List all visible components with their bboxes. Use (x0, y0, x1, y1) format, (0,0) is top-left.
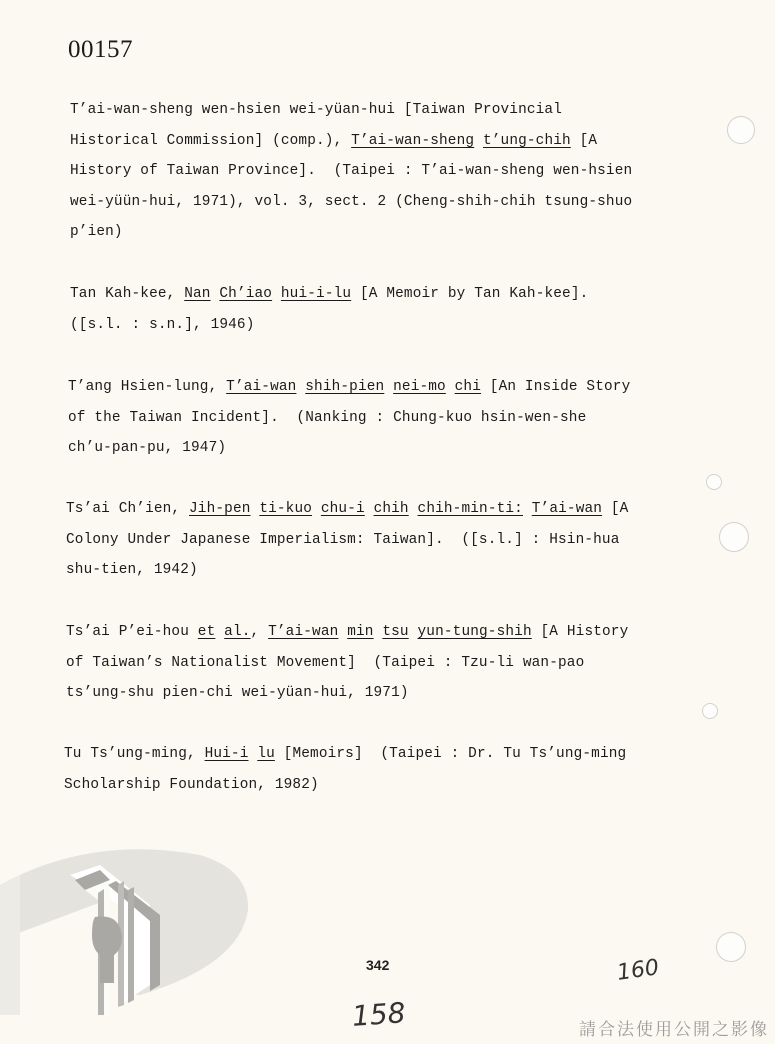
entry-text (474, 133, 483, 149)
underlined-title-word: Hui-i (205, 746, 249, 762)
bibliography-entry: Ts’ai Ch’ien, Jih-pen ti-kuo chu-i chih … (0, 494, 660, 586)
underlined-title-word: chih-min-ti: (418, 501, 523, 517)
binder-hole (727, 116, 755, 144)
entry-line: ts’ung-shu pien-chi wei-yüan-hui, 1971) (0, 678, 660, 709)
entry-text (272, 286, 281, 302)
bibliography-entry: Tu Ts’ung-ming, Hui-i lu [Memoirs] (Taip… (0, 739, 660, 800)
underlined-title-word: nei-mo (393, 379, 446, 395)
entry-text: [A History (532, 624, 629, 640)
entry-text: [An Inside Story (481, 379, 630, 395)
entry-text (523, 501, 532, 517)
underlined-title-word: tsu (382, 624, 408, 640)
entry-text: ([s.l. : s.n.], 1946) (70, 317, 255, 333)
entry-text: Tan Kah-kee, (70, 286, 184, 302)
entry-text: ts’ung-shu pien-chi wei-yüan-hui, 1971) (66, 685, 409, 701)
entry-line: Tu Ts’ung-ming, Hui-i lu [Memoirs] (Taip… (0, 739, 660, 770)
handwritten-note: 160 (615, 955, 660, 986)
entry-text: History of Taiwan Province]. (Taipei : T… (70, 163, 632, 179)
binder-hole (716, 932, 746, 962)
entry-line: shu-tien, 1942) (0, 555, 660, 586)
entry-text: , (251, 624, 269, 640)
entry-line: of Taiwan’s Nationalist Movement] (Taipe… (0, 648, 660, 679)
underlined-title-word: ti-kuo (259, 501, 312, 517)
archive-logo-icon (0, 845, 250, 1015)
entry-text: of Taiwan’s Nationalist Movement] (Taipe… (66, 655, 584, 671)
entry-text (251, 501, 260, 517)
binder-hole (702, 703, 718, 719)
entry-text: Ts’ai Ch’ien, (66, 501, 189, 517)
entry-line: Ts’ai Ch’ien, Jih-pen ti-kuo chu-i chih … (0, 494, 660, 525)
entry-text (215, 624, 224, 640)
entry-text: p’ien) (70, 224, 123, 240)
bibliography-entry: T’ang Hsien-lung, T’ai-wan shih-pien nei… (0, 372, 660, 464)
binder-hole (719, 522, 749, 552)
entry-line: ch’u-pan-pu, 1947) (0, 433, 660, 464)
entry-line: of the Taiwan Incident]. (Nanking : Chun… (0, 403, 660, 434)
underlined-title-word: Nan (184, 286, 210, 302)
underlined-title-word: chih (374, 501, 409, 517)
underlined-title-word: T’ai-wan (532, 501, 602, 517)
binder-hole (706, 474, 722, 490)
entry-text: ch’u-pan-pu, 1947) (68, 440, 226, 456)
entry-text: wei-yüün-hui, 1971), vol. 3, sect. 2 (Ch… (70, 194, 632, 210)
watermark: 請合法使用公開之影像 (579, 1015, 769, 1040)
entry-line: Tan Kah-kee, Nan Ch’iao hui-i-lu [A Memo… (0, 279, 660, 310)
entry-text: Tu Ts’ung-ming, (64, 746, 205, 762)
entry-text (365, 501, 374, 517)
underlined-title-word: al. (224, 624, 250, 640)
entry-text: [A Memoir by Tan Kah-kee]. (351, 286, 588, 302)
bibliography-entry: Tan Kah-kee, Nan Ch’iao hui-i-lu [A Memo… (0, 279, 660, 340)
entry-text: Scholarship Foundation, 1982) (64, 777, 319, 793)
entry-line: Scholarship Foundation, 1982) (0, 770, 660, 801)
entry-text (446, 379, 455, 395)
entry-text (296, 379, 305, 395)
underlined-title-word: shih-pien (305, 379, 384, 395)
underlined-title-word: Jih-pen (189, 501, 251, 517)
document-page: 00157 T’ai-wan-sheng wen-hsien wei-yüan-… (0, 0, 775, 1044)
underlined-title-word: Ch’iao (219, 286, 272, 302)
underlined-title-word: chu-i (321, 501, 365, 517)
entry-text (338, 624, 347, 640)
handwritten-note: 158 (351, 996, 407, 1033)
underlined-title-word: lu (257, 746, 275, 762)
underlined-title-word: chi (455, 379, 481, 395)
underlined-title-word: yun-tung-shih (418, 624, 532, 640)
underlined-title-word: T’ai-wan-sheng (351, 133, 474, 149)
underlined-title-word: T’ai-wan (226, 379, 296, 395)
entry-text: Ts’ai P’ei-hou (66, 624, 198, 640)
entry-line: T’ai-wan-sheng wen-hsien wei-yüan-hui [T… (0, 95, 660, 126)
bibliography-entry: Ts’ai P’ei-hou et al., T’ai-wan min tsu … (0, 617, 660, 709)
bibliography-entry: T’ai-wan-sheng wen-hsien wei-yüan-hui [T… (0, 95, 660, 248)
entry-text: [A (571, 133, 597, 149)
entry-text: Colony Under Japanese Imperialism: Taiwa… (66, 532, 620, 548)
entry-text (249, 746, 258, 762)
entry-text: [A (602, 501, 628, 517)
entry-text: of the Taiwan Incident]. (Nanking : Chun… (68, 410, 586, 426)
entry-line: Ts’ai P’ei-hou et al., T’ai-wan min tsu … (0, 617, 660, 648)
entry-line: Colony Under Japanese Imperialism: Taiwa… (0, 525, 660, 556)
entry-text: T’ang Hsien-lung, (68, 379, 226, 395)
underlined-title-word: et (198, 624, 216, 640)
entry-line: p’ien) (0, 217, 660, 248)
entry-line: History of Taiwan Province]. (Taipei : T… (0, 156, 660, 187)
underlined-title-word: t’ung-chih (483, 133, 571, 149)
page-number: 342 (366, 957, 389, 973)
entry-text: T’ai-wan-sheng wen-hsien wei-yüan-hui [T… (70, 102, 562, 118)
entry-text (312, 501, 321, 517)
underlined-title-word: T’ai-wan (268, 624, 338, 640)
entry-text: shu-tien, 1942) (66, 562, 198, 578)
entry-text (409, 624, 418, 640)
entry-line: Historical Commission] (comp.), T’ai-wan… (0, 126, 660, 157)
entry-line: wei-yüün-hui, 1971), vol. 3, sect. 2 (Ch… (0, 187, 660, 218)
entry-line: ([s.l. : s.n.], 1946) (0, 310, 660, 341)
entry-text: [Memoirs] (Taipei : Dr. Tu Ts’ung-ming (275, 746, 626, 762)
entry-text (384, 379, 393, 395)
entry-text: Historical Commission] (comp.), (70, 133, 351, 149)
entry-text (409, 501, 418, 517)
document-id: 00157 (68, 36, 133, 64)
underlined-title-word: min (347, 624, 373, 640)
entry-line: T’ang Hsien-lung, T’ai-wan shih-pien nei… (0, 372, 660, 403)
underlined-title-word: hui-i-lu (281, 286, 351, 302)
